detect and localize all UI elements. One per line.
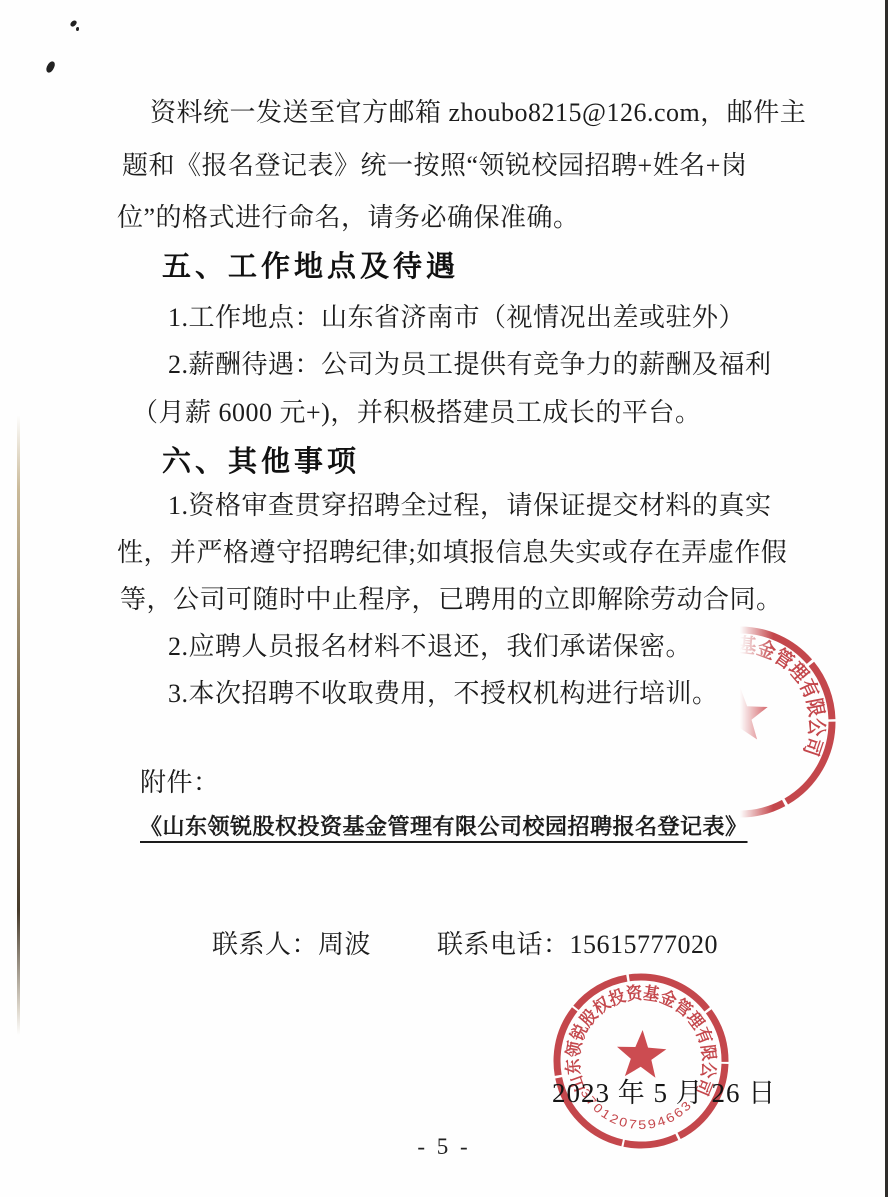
intro-line: 题和《报名登记表》统一按照“领锐校园招聘+姓名+岗	[122, 145, 747, 182]
ink-speck	[45, 60, 56, 74]
section6-line: 性，并严格遵守招聘纪律;如填报信息失实或存在弄虚作假	[117, 532, 787, 569]
section5-line: 1.工作地点：山东省济南市（视情况出差或驻外）	[168, 297, 745, 334]
company-seal-partial: 山东领锐股权投资基金管理有限公司	[630, 612, 850, 832]
contact-person: 联系人：周波	[212, 924, 371, 961]
section6-line: 等，公司可随时中止程序，已聘用的立即解除劳动合同。	[120, 579, 783, 616]
page-number: - 5 -	[0, 1134, 888, 1160]
company-seal: 山东领锐股权投资基金管理有限公司 3701207594663	[541, 961, 741, 1161]
section6-line: 1.资格审查贯穿招聘全过程，请保证提交材料的真实	[168, 485, 772, 522]
issue-date: 2023 年 5 月 26 日	[552, 1071, 776, 1110]
intro-line: 位”的格式进行命名，请务必确保准确。	[117, 197, 580, 234]
section5-heading: 五、工作地点及待遇	[162, 244, 459, 285]
contact-phone: 联系电话：15615777020	[437, 924, 718, 961]
attachment-label: 附件：	[140, 762, 220, 799]
intro-line: 资料统一发送至官方邮箱 zhoubo8215@126.com，邮件主	[150, 92, 806, 129]
document-page: 资料统一发送至官方邮箱 zhoubo8215@126.com，邮件主 题和《报名…	[0, 0, 888, 1197]
ink-speck	[76, 27, 79, 31]
section6-line: 2.应聘人员报名材料不退还，我们承诺保密。	[168, 626, 692, 663]
section6-heading: 六、其他事项	[162, 439, 360, 480]
star-icon	[712, 687, 767, 740]
section5-line: 2.薪酬待遇：公司为员工提供有竞争力的薪酬及福利	[168, 344, 772, 381]
scan-edge-left	[17, 415, 20, 1035]
section5-line: （月薪 6000 元+)，并积极搭建员工成长的平台。	[132, 392, 701, 429]
